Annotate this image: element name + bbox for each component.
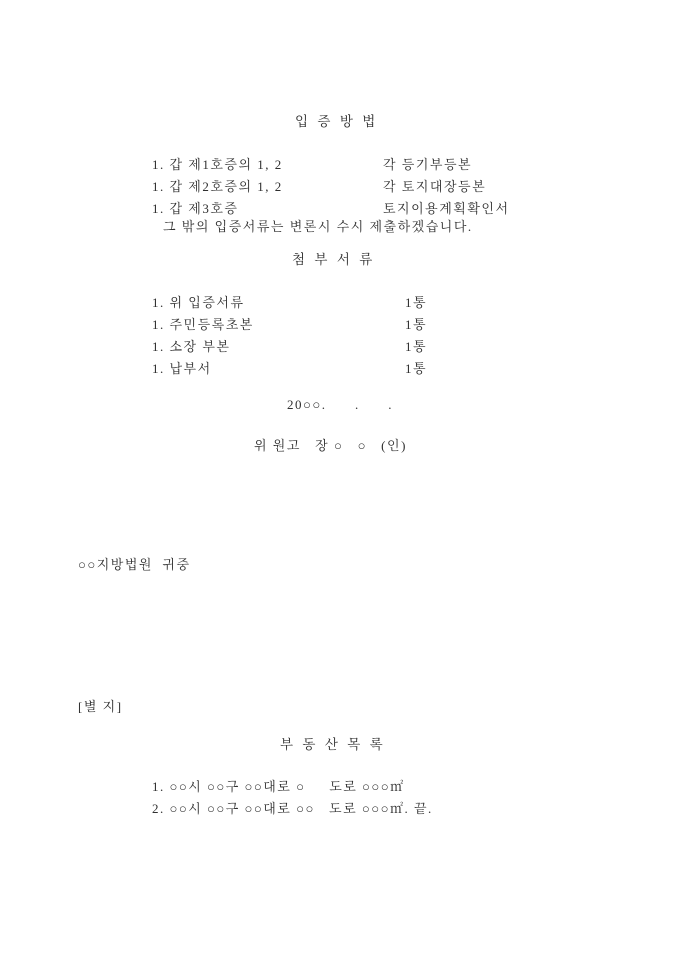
attachment-item-count: 1통 [405,361,427,377]
proof-item-label: 1. 갑 제3호증 [152,201,238,217]
attachment-item-row: 1. 주민등록초본 1통 [152,317,632,333]
proof-item-value: 각 토지대장등본 [383,179,486,195]
attachment-item-label: 1. 주민등록초본 [152,317,254,333]
appendix-property-item: 1. ○○시 ○○구 ○○대로 ○ 도로 ○○○㎡ [152,779,405,795]
attachment-item-count: 1통 [405,339,427,355]
attachment-item-row: 1. 위 입증서류 1통 [152,295,632,311]
proof-item-value: 각 등기부등본 [383,157,472,173]
appendix-label: [별 지] [78,699,123,715]
court-address-line: ○○지방법원 귀중 [78,557,191,573]
proof-note-line: 그 밖의 입증서류는 변론시 수시 제출하겠습니다. [163,219,473,235]
date-line: 20○○. . . [287,397,393,413]
appendix-title: 부 동 산 목 록 [280,737,386,753]
appendix-property-item: 2. ○○시 ○○구 ○○대로 ○○ 도로 ○○○㎡. 끝. [152,801,433,817]
proof-item-label: 1. 갑 제2호증의 1, 2 [152,179,283,195]
attachment-item-label: 1. 소장 부본 [152,339,230,355]
proof-item-row: 1. 갑 제3호증 토지이용계획확인서 [152,201,632,217]
attachment-item-label: 1. 납부서 [152,361,212,377]
attachment-item-row: 1. 납부서 1통 [152,361,632,377]
proof-item-row: 1. 갑 제1호증의 1, 2 각 등기부등본 [152,157,632,173]
signature-line: 위 원고 장 ○ ○ (인) [254,438,407,454]
proof-item-label: 1. 갑 제1호증의 1, 2 [152,157,283,173]
proof-item-row: 1. 갑 제2호증의 1, 2 각 토지대장등본 [152,179,632,195]
attachment-item-row: 1. 소장 부본 1통 [152,339,632,355]
attachment-item-count: 1통 [405,317,427,333]
proof-item-value: 토지이용계획확인서 [383,201,510,217]
proof-section-title: 입 증 방 법 [295,114,378,130]
document-page: 입 증 방 법 1. 갑 제1호증의 1, 2 각 등기부등본 1. 갑 제2호… [0,0,680,962]
attachments-section-title: 첨 부 서 류 [292,252,375,268]
attachment-item-count: 1통 [405,295,427,311]
attachment-item-label: 1. 위 입증서류 [152,295,245,311]
